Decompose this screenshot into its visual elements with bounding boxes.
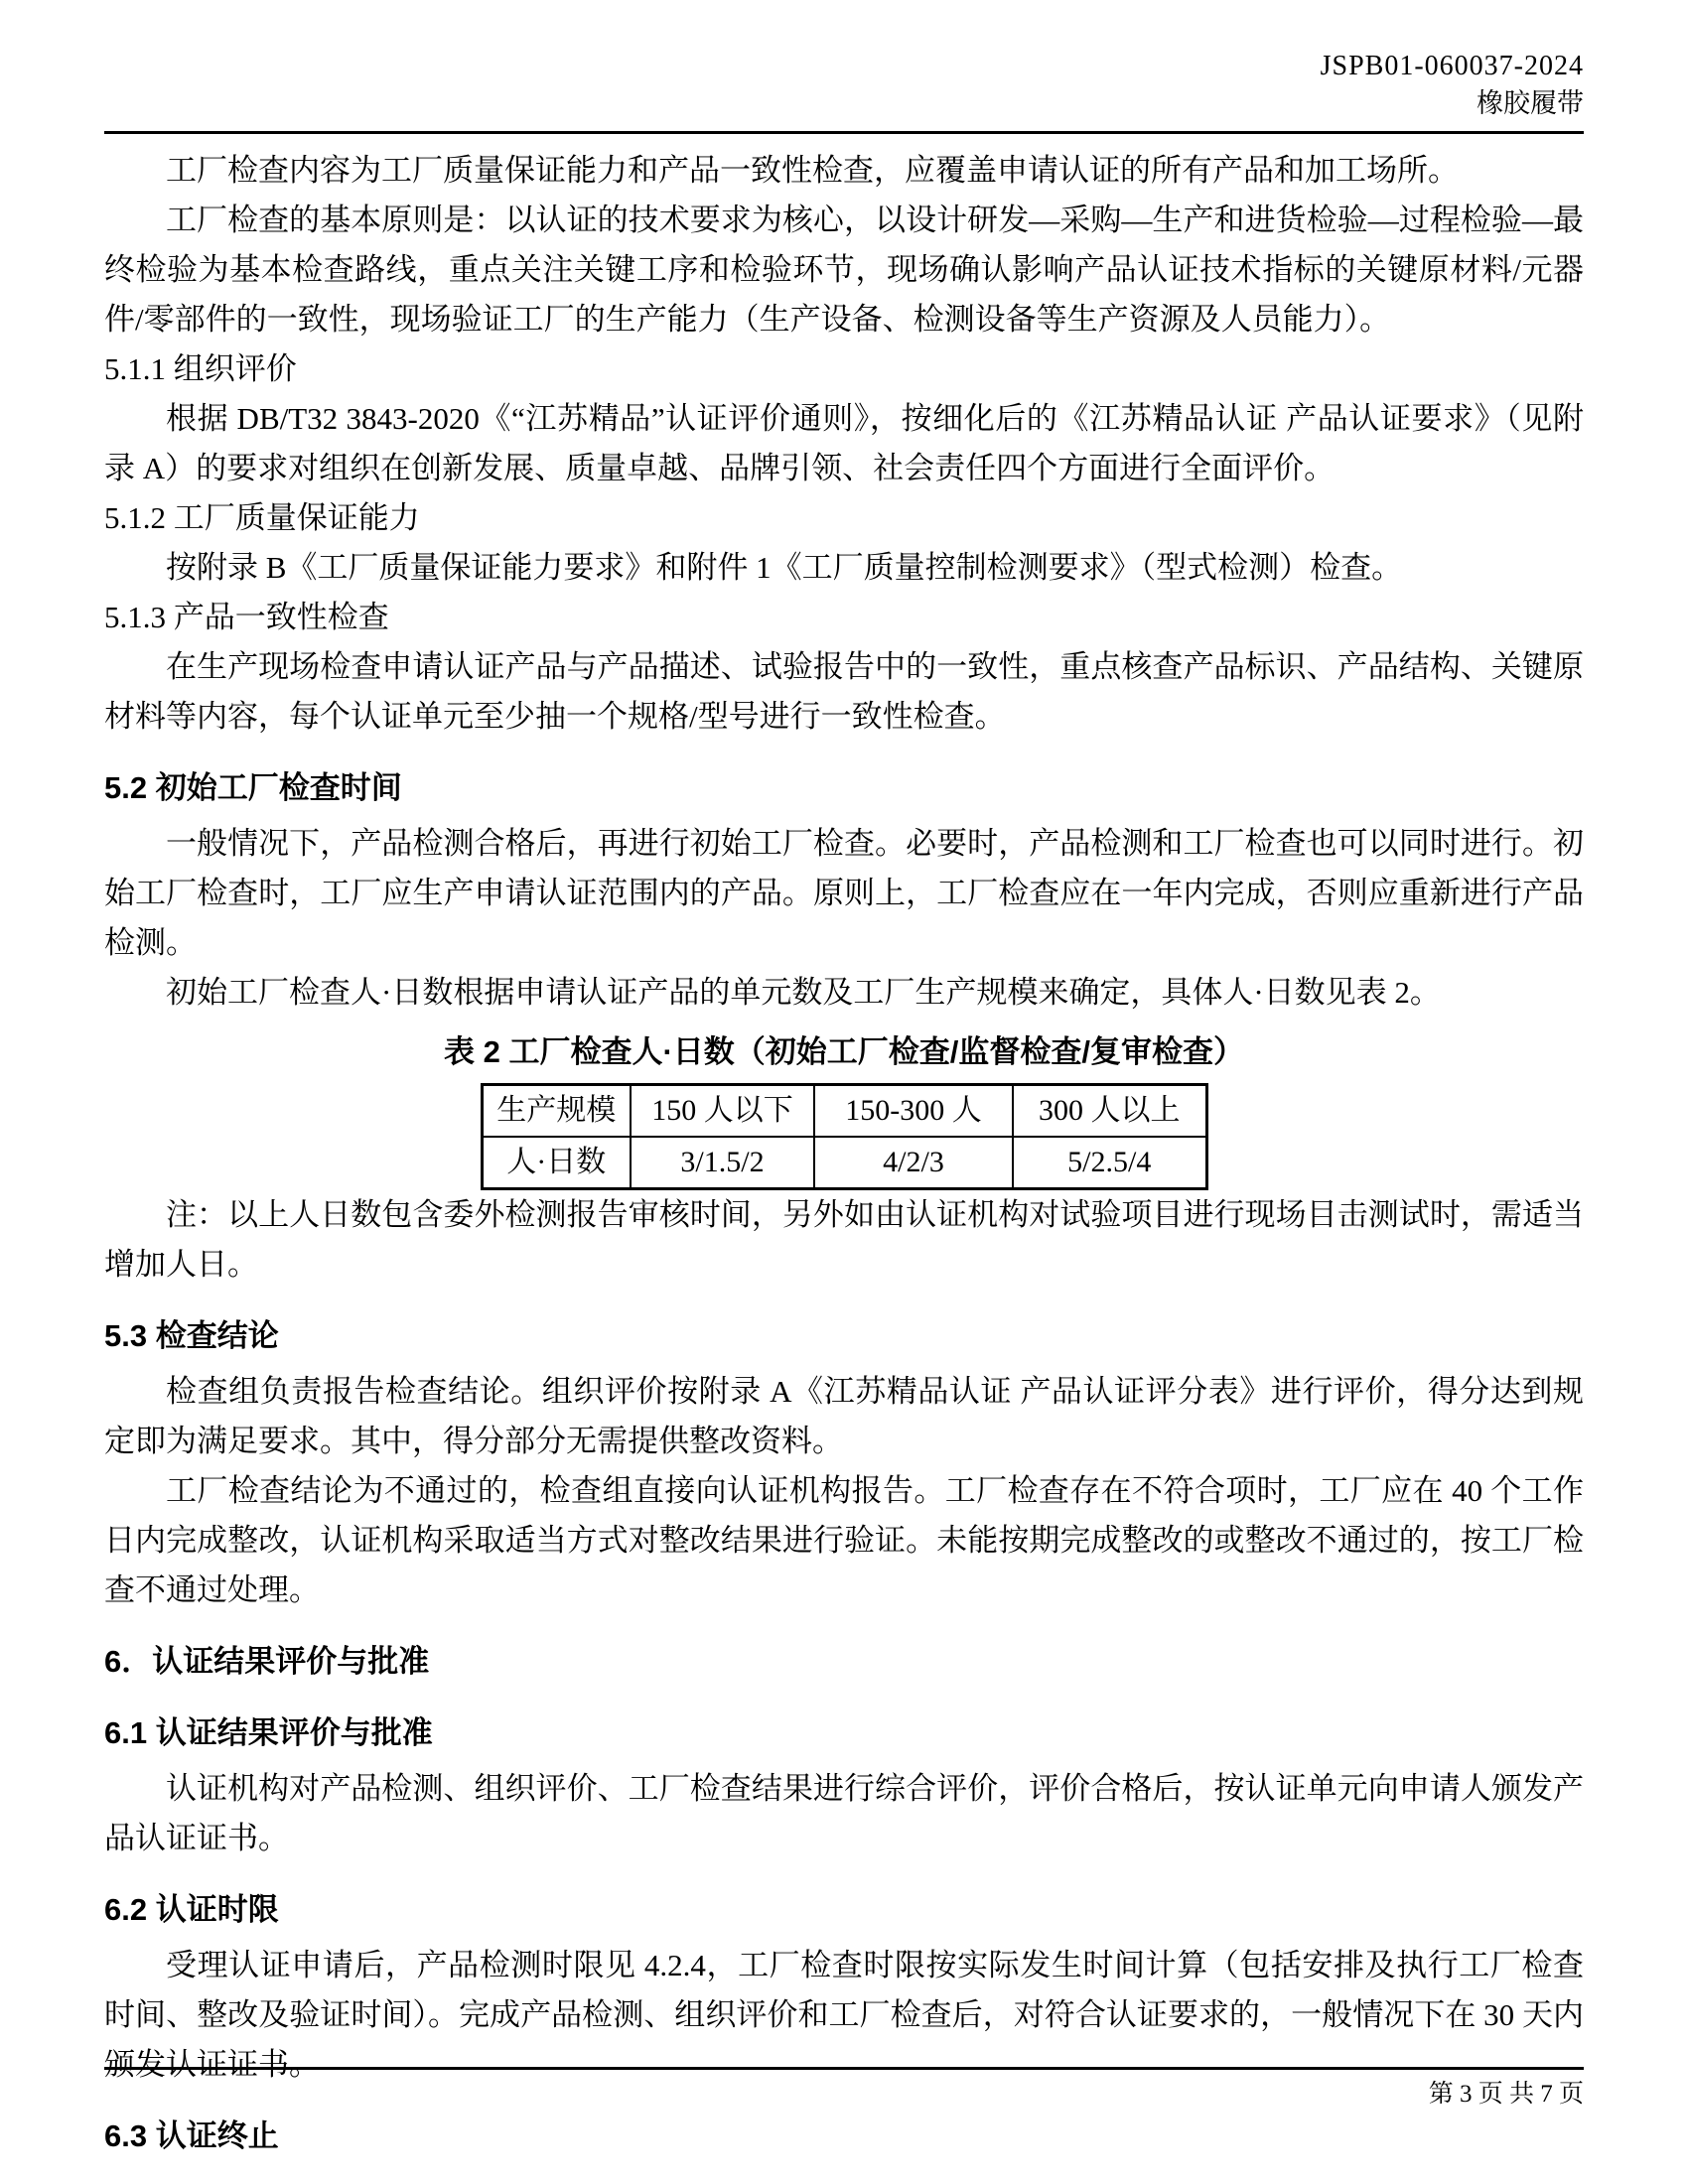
table2-caption: 表 2 工厂检查人·日数（初始工厂检查/监督检查/复审检查） [104, 1029, 1584, 1075]
table-header-cell: 300 人以上 [1013, 1085, 1206, 1138]
page-number: 第 3 页 共 7 页 [104, 2078, 1584, 2112]
paragraph-inspection-conclusion-2: 工厂检查结论为不通过的，检查组直接向认证机构报告。工厂检查存在不符合项时，工厂应… [104, 1466, 1584, 1615]
document-page: JSPB01-060037-2024 橡胶履带 工厂检查内容为工厂质量保证能力和… [0, 0, 1688, 2184]
table-row: 人·日数 3/1.5/2 4/2/3 5/2.5/4 [482, 1137, 1206, 1189]
paragraph-table-note: 注：以上人日数包含委外检测报告审核时间，另外如由认证机构对试验项目进行现场目击测… [104, 1190, 1584, 1290]
section-heading-6-1: 6.1 认证结果评价与批准 [104, 1708, 1584, 1758]
section-heading-5-1-1: 5.1.1 组织评价 [104, 344, 1584, 394]
section-heading-6-3: 6.3 认证终止 [104, 2112, 1584, 2161]
table-header-cell: 150 人以下 [631, 1085, 814, 1138]
paragraph-factory-inspection-scope: 工厂检查内容为工厂质量保证能力和产品一致性检查，应覆盖申请认证的所有产品和加工场… [104, 146, 1584, 196]
paragraph-result-evaluation: 认证机构对产品检测、组织评价、工厂检查结果进行综合评价，评价合格后，按认证单元向… [104, 1764, 1584, 1863]
paragraph-initial-inspection-time-1: 一般情况下，产品检测合格后，再进行初始工厂检查。必要时，产品检测和工厂检查也可以… [104, 819, 1584, 968]
page-footer: 第 3 页 共 7 页 [104, 2067, 1584, 2112]
paragraph-organization-evaluation: 根据 DB/T32 3843-2020《“江苏精品”认证评价通则》，按细化后的《… [104, 394, 1584, 493]
document-body: 工厂检查内容为工厂质量保证能力和产品一致性检查，应覆盖申请认证的所有产品和加工场… [0, 134, 1688, 2161]
table-header-cell: 生产规模 [482, 1085, 631, 1138]
table-cell: 人·日数 [482, 1137, 631, 1189]
table-cell: 3/1.5/2 [631, 1137, 814, 1189]
doc-code: JSPB01-060037-2024 [104, 48, 1584, 85]
section-heading-5-1-3: 5.1.3 产品一致性检查 [104, 593, 1584, 642]
paragraph-inspection-conclusion-1: 检查组负责报告检查结论。组织评价按附录 A《江苏精品认证 产品认证评分表》进行评… [104, 1367, 1584, 1466]
table-header-cell: 150-300 人 [814, 1085, 1013, 1138]
page-header: JSPB01-060037-2024 橡胶履带 [0, 0, 1688, 121]
section-heading-5-2: 5.2 初始工厂检查时间 [104, 763, 1584, 813]
section-heading-5-3: 5.3 检查结论 [104, 1311, 1584, 1361]
paragraph-initial-inspection-time-2: 初始工厂检查人·日数根据申请认证产品的单元数及工厂生产规模来确定，具体人·日数见… [104, 968, 1584, 1018]
doc-title: 橡胶履带 [104, 85, 1584, 121]
paragraph-factory-inspection-principles: 工厂检查的基本原则是：以认证的技术要求为核心，以设计研发—采购—生产和进货检验—… [104, 196, 1584, 344]
table-cell: 4/2/3 [814, 1137, 1013, 1189]
paragraph-quality-assurance-capability: 按附录 B《工厂质量保证能力要求》和附件 1《工厂质量控制检测要求》（型式检测）… [104, 543, 1584, 593]
table-cell: 5/2.5/4 [1013, 1137, 1206, 1189]
table-row: 生产规模 150 人以下 150-300 人 300 人以上 [482, 1085, 1206, 1138]
table2-man-days: 生产规模 150 人以下 150-300 人 300 人以上 人·日数 3/1.… [481, 1083, 1208, 1190]
paragraph-product-consistency-check: 在生产现场检查申请认证产品与产品描述、试验报告中的一致性，重点核查产品标识、产品… [104, 642, 1584, 742]
section-heading-6: 6．认证结果评价与批准 [104, 1637, 1584, 1687]
section-heading-5-1-2: 5.1.2 工厂质量保证能力 [104, 493, 1584, 543]
section-heading-6-2: 6.2 认证时限 [104, 1885, 1584, 1935]
